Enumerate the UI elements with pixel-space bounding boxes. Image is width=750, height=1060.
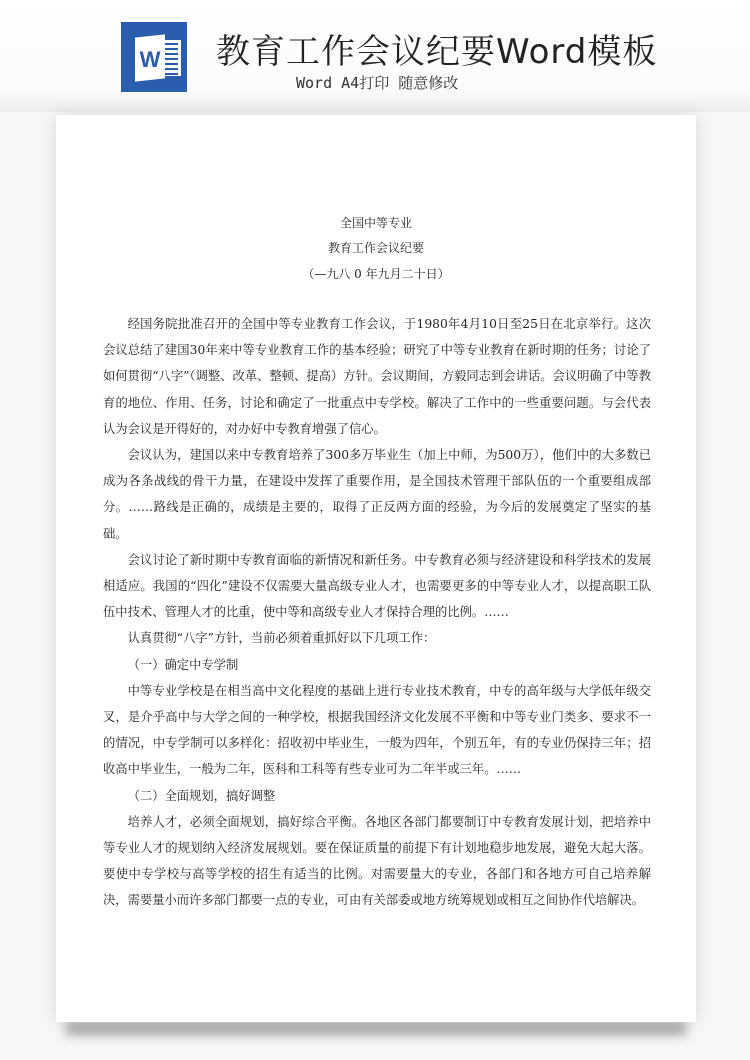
paragraph: 中等专业学校是在相当高中文化程度的基础上进行专业技术教育，中专的高年级与大学低年… — [103, 678, 651, 783]
banner: W 教育工作会议纪要Word模板 Word A4打印 随意修改 — [0, 0, 750, 112]
doc-header-line-2: 教育工作会议纪要 — [56, 239, 696, 256]
paragraph: 会议认为，建国以来中专教育培养了300多万毕业生（加上中师，为500万），他们中… — [103, 442, 651, 547]
paragraph: 经国务院批准召开的全国中等专业教育工作会议，于1980年4月10日至25日在北京… — [103, 311, 651, 442]
paragraph: 会议讨论了新时期中专教育面临的新情况和新任务。中专教育必须与经济建设和科学技术的… — [103, 547, 651, 626]
doc-header-date: （—九八 0 年九月二十日） — [56, 265, 696, 282]
word-logo-icon: W — [121, 22, 187, 92]
doc-header-line-1: 全国中等专业 — [56, 214, 696, 231]
page-shadow — [66, 1020, 686, 1036]
paragraph: 培养人才，必须全面规划，搞好综合平衡。各地区各部门都要制订中专教育发展计划，把培… — [103, 809, 651, 914]
section-heading: （一）确定中专学制 — [103, 652, 651, 678]
document-page: 全国中等专业 教育工作会议纪要 （—九八 0 年九月二十日） 经国务院批准召开的… — [56, 115, 696, 1022]
paragraph: 认真贯彻“八字”方针，当前必须着重抓好以下几项工作： — [103, 625, 651, 651]
word-letter: W — [135, 47, 165, 73]
document-body: 经国务院批准召开的全国中等专业教育工作会议，于1980年4月10日至25日在北京… — [103, 311, 651, 914]
section-heading: （二）全面规划，搞好调整 — [103, 783, 651, 809]
banner-title: 教育工作会议纪要Word模板 — [216, 24, 657, 73]
banner-subtitle: Word A4打印 随意修改 — [296, 72, 458, 93]
